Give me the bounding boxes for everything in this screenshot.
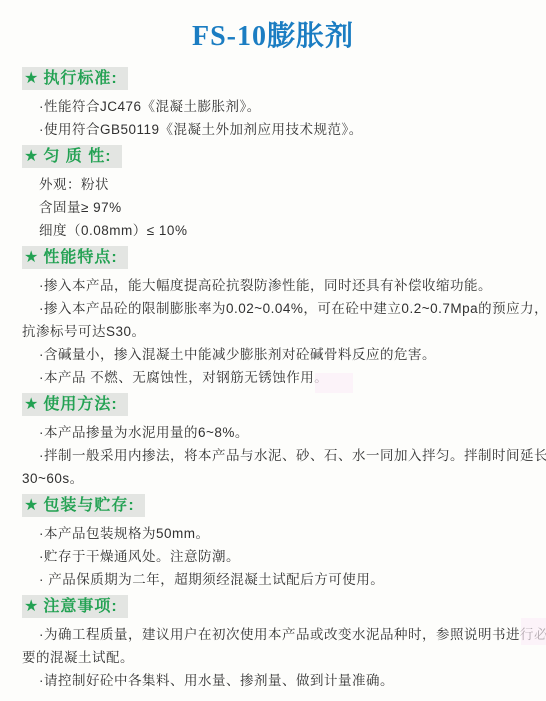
page-title: FS-10膨胀剂	[22, 20, 524, 54]
body-line: ·性能符合JC476《混凝土膨胀剂》。	[22, 93, 524, 116]
star-icon: ★	[24, 396, 39, 413]
section-title: 执行标准:	[43, 70, 117, 87]
section-homogeneity: ★匀 质 性: 外观：粉状 含固量≥ 97% 细度（0.08mm）≤ 10%	[22, 139, 524, 240]
body-line: ·拌制一般采用内掺法，将本产品与水泥、砂、石、水一同加入拌匀。拌制时间延长	[22, 442, 524, 465]
product-datasheet-page: FS-10膨胀剂 ★执行标准: ·性能符合JC476《混凝土膨胀剂》。 ·使用符…	[0, 0, 546, 701]
section-performance-features: ★性能特点: ·掺入本产品，能大幅度提高砼抗裂防渗性能，同时还具有补偿收缩功能。…	[22, 240, 524, 387]
body-line: ·请控制好砼中各集料、用水量、掺剂量、做到计量准确。	[22, 667, 524, 690]
body-line: · 产品保质期为二年，超期须经混凝土试配后方可使用。	[22, 566, 524, 589]
section-header: ★使用方法:	[22, 393, 128, 416]
star-icon: ★	[24, 598, 39, 615]
body-line: 外观：粉状	[22, 171, 524, 194]
body-line: 30~60s。	[22, 465, 524, 488]
body-line: ·本产品掺量为水泥用量的6~8%。	[22, 419, 524, 442]
star-icon: ★	[24, 148, 39, 165]
section-title: 使用方法:	[43, 396, 117, 413]
body-line: ·含碱量小，掺入混凝土中能减少膨胀剂对砼碱骨料反应的危害。	[22, 341, 524, 364]
section-title: 包装与贮存:	[43, 497, 134, 514]
body-line: 抗渗标号可达S30。	[22, 318, 524, 341]
body-line: ·贮存于干燥通风处。注意防潮。	[22, 543, 524, 566]
section-header: ★注意事项:	[22, 595, 128, 618]
body-line: ·本产品包装规格为50mm。	[22, 520, 524, 543]
section-usage-method: ★使用方法: ·本产品掺量为水泥用量的6~8%。 ·拌制一般采用内掺法，将本产品…	[22, 387, 524, 488]
star-icon: ★	[24, 249, 39, 266]
watermark-artifact	[315, 373, 353, 393]
section-packaging-storage: ★包装与贮存: ·本产品包装规格为50mm。 ·贮存于干燥通风处。注意防潮。 ·…	[22, 488, 524, 589]
star-icon: ★	[24, 497, 39, 514]
section-title: 注意事项:	[43, 598, 117, 615]
body-line: ·掺入本产品砼的限制膨胀率为0.02~0.04%，可在砼中建立0.2~0.7Mp…	[22, 295, 524, 318]
star-icon: ★	[24, 70, 39, 87]
section-header: ★包装与贮存:	[22, 494, 145, 517]
body-line: 要的混凝土试配。	[22, 644, 524, 667]
body-line: ·为确工程质量，建议用户在初次使用本产品或改变水泥品种时，参照说明书进行必	[22, 621, 524, 644]
body-line: ·本产品 不燃、无腐蚀性，对钢筋无锈蚀作用。	[22, 364, 524, 387]
section-header: ★执行标准:	[22, 67, 128, 90]
watermark-artifact	[521, 618, 546, 645]
section-title: 性能特点:	[43, 249, 117, 266]
body-line: ·使用符合GB50119《混凝土外加剂应用技术规范》。	[22, 116, 524, 139]
section-precautions: ★注意事项: ·为确工程质量，建议用户在初次使用本产品或改变水泥品种时，参照说明…	[22, 589, 524, 690]
body-line: 细度（0.08mm）≤ 10%	[22, 217, 524, 240]
body-line: 含固量≥ 97%	[22, 194, 524, 217]
section-execution-standards: ★执行标准: ·性能符合JC476《混凝土膨胀剂》。 ·使用符合GB50119《…	[22, 54, 524, 139]
section-header: ★性能特点:	[22, 246, 128, 269]
section-header: ★匀 质 性:	[22, 145, 122, 168]
section-title: 匀 质 性:	[43, 148, 111, 165]
body-line: ·掺入本产品，能大幅度提高砼抗裂防渗性能，同时还具有补偿收缩功能。	[22, 272, 524, 295]
